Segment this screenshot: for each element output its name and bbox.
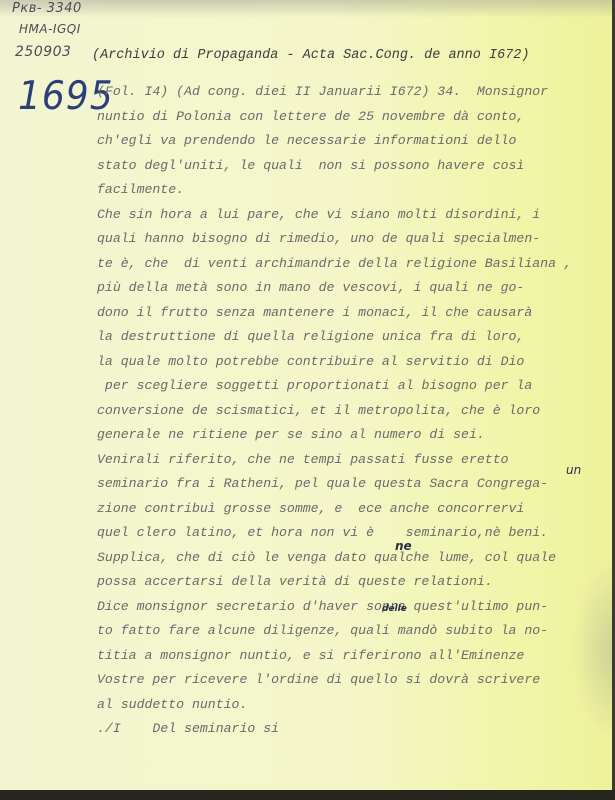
text-line: quali hanno bisogno di rimedio, uno de q… bbox=[97, 227, 612, 252]
document-source-header: (Archivio di Propaganda - Acta Sac.Cong.… bbox=[92, 48, 529, 63]
text-line: Supplica, che di ciò le venga dato qualc… bbox=[97, 546, 612, 571]
text-line: conversione de scismatici, et il metropo… bbox=[97, 399, 612, 424]
text-line: zione contribuì grosse somme, e ece anch… bbox=[97, 497, 612, 522]
text-line: la quale molto potrebbe contribuire al s… bbox=[97, 350, 612, 375]
text-line: stato degl'uniti, le quali non si posson… bbox=[97, 154, 612, 179]
archive-reference-2: HMA-IGQI bbox=[19, 22, 81, 36]
text-line: to fatto fare alcune diligenze, quali ma… bbox=[97, 619, 612, 644]
text-line: Dice monsignor secretario d'haver sopra … bbox=[97, 595, 612, 620]
text-line: più della metà sono in mano de vescovi, … bbox=[97, 276, 612, 301]
text-line: quel clero latino, et hora non vi è semi… bbox=[97, 521, 612, 546]
scan-edge-bottom bbox=[0, 790, 615, 800]
text-line: Venirali riferito, che ne tempi passati … bbox=[97, 448, 612, 473]
handwritten-correction-un: un bbox=[566, 463, 581, 477]
text-line: per scegliere soggetti proportionati al … bbox=[97, 374, 612, 399]
text-line: Vostre per ricevere l'ordine di quello s… bbox=[97, 668, 612, 693]
archive-reference-1: Pкв- 3340 bbox=[12, 1, 82, 16]
text-line: (Fol. I4) (Ad cong. diei II Januarii I67… bbox=[97, 80, 612, 105]
handwritten-correction-delle: delle bbox=[382, 604, 407, 614]
handwritten-correction-ne: ne bbox=[395, 539, 412, 553]
text-line: nuntio di Polonia con lettere de 25 nove… bbox=[97, 105, 612, 130]
text-line: Che sin hora a lui pare, che vi siano mo… bbox=[97, 203, 612, 228]
text-line: ch'egli va prendendo le necessarie infor… bbox=[97, 129, 612, 154]
text-line: facilmente. bbox=[97, 178, 612, 203]
archive-reference-3: 250903 bbox=[15, 44, 71, 60]
text-line: al suddetto nuntio. bbox=[97, 693, 612, 718]
typewritten-body: (Fol. I4) (Ad cong. diei II Januarii I67… bbox=[97, 80, 612, 742]
text-line: te è, che di venti archimandrie della re… bbox=[97, 252, 612, 277]
text-line: titia a monsignor nuntio, e si riferiron… bbox=[97, 644, 612, 669]
text-line: possa accertarsi della verità di queste … bbox=[97, 570, 612, 595]
text-line: ./I Del seminario si bbox=[97, 717, 612, 742]
text-line: la destruttione di quella religione unic… bbox=[97, 325, 612, 350]
text-line: dono il frutto senza mantenere i monaci,… bbox=[97, 301, 612, 326]
text-line: seminario fra i Ratheni, pel quale quest… bbox=[97, 472, 612, 497]
scanned-document-page: Pкв- 3340 HMA-IGQI 250903 1695 (Archivio… bbox=[0, 0, 612, 790]
text-line: generale ne ritiene per se sino al numer… bbox=[97, 423, 612, 448]
